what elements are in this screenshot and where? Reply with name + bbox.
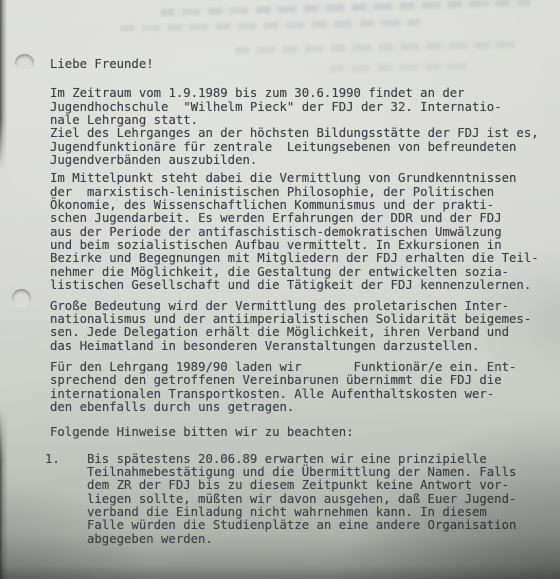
- salutation: Liebe Freunde!: [50, 58, 548, 71]
- hint-item-number: 1.: [45, 453, 87, 546]
- paragraph-solidarity: Große Bedeutung wird der Vermittlung des…: [50, 300, 548, 353]
- hint-item-text: Bis spätestens 20.06.89 erwarten wir ein…: [87, 453, 545, 546]
- letter-body: Liebe Freunde! Im Zeitraum vom 1.9.1989 …: [0, 0, 560, 546]
- paragraph-course-dates: Im Zeitraum vom 1.9.1989 bis zum 30.6.19…: [50, 87, 548, 167]
- hints-intro: Folgende Hinweise bitten wir zu beachten…: [50, 426, 548, 439]
- scanned-letter-page: Liebe Freunde! Im Zeitraum vom 1.9.1989 …: [0, 0, 560, 579]
- paragraph-costs: Für den Lehrgang 1989/90 laden wir Funkt…: [50, 361, 548, 414]
- paragraph-curriculum: Im Mittelpunkt steht dabei die Vermittlu…: [50, 172, 548, 292]
- hint-item-1: 1. Bis spätestens 20.06.89 erwarten wir …: [45, 453, 560, 546]
